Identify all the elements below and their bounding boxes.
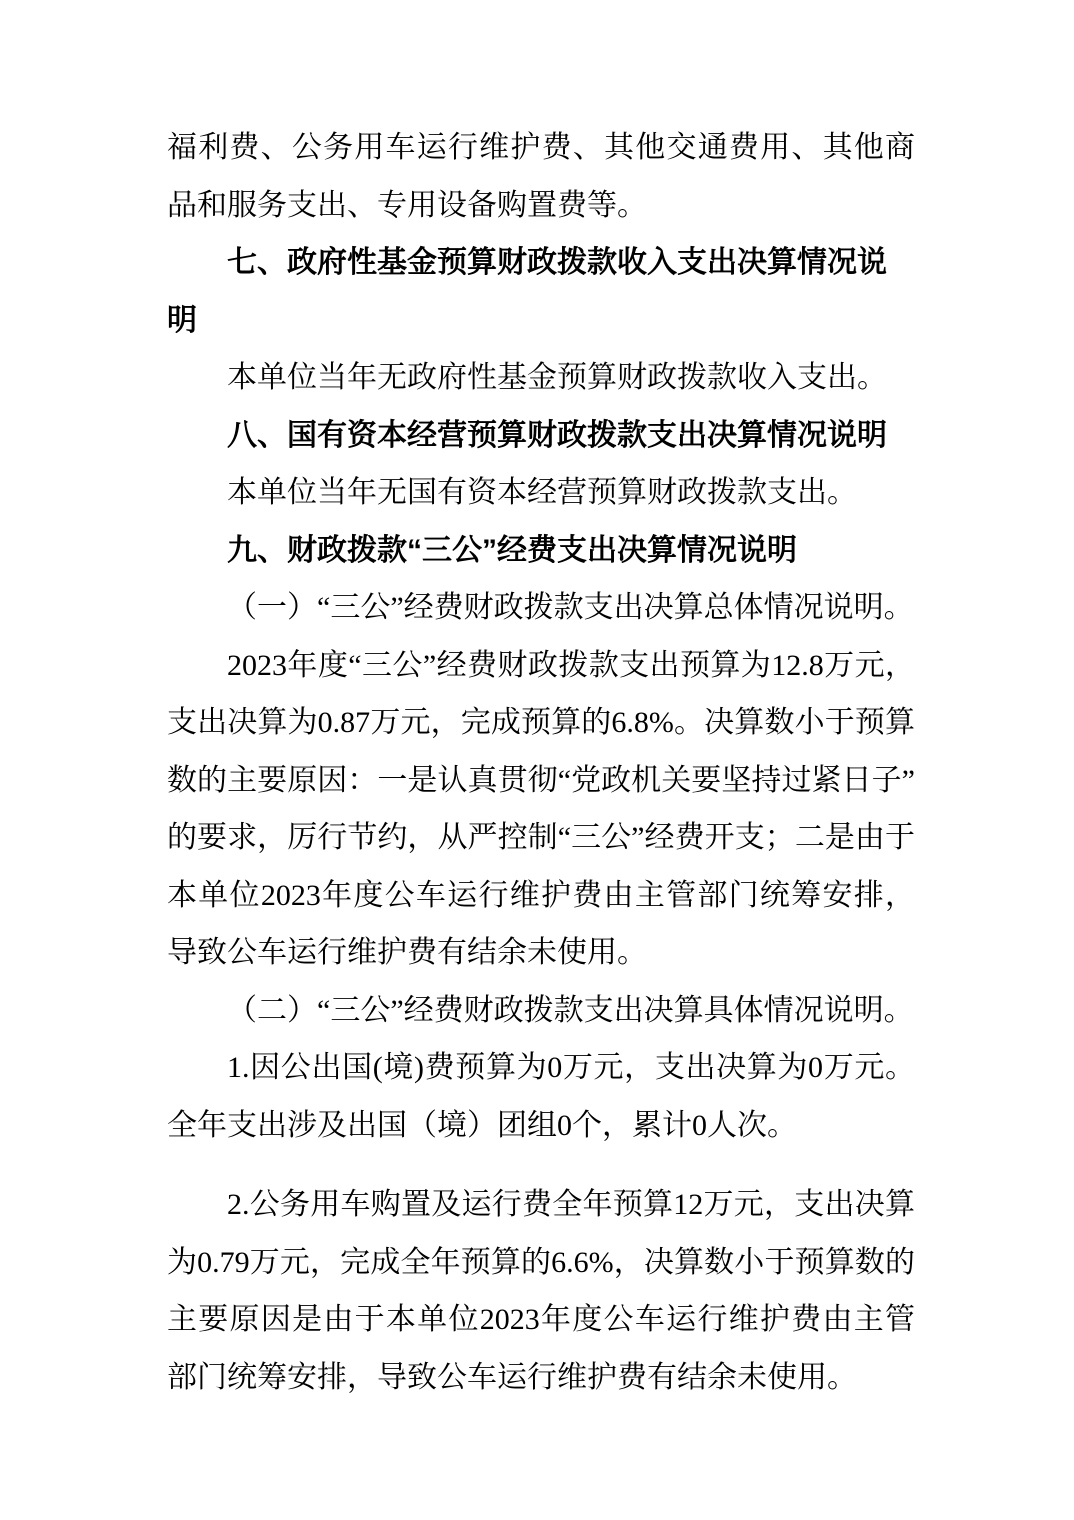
section-heading-8-state-capital-budget: 八、国有资本经营预算财政拨款支出决算情况说明 xyxy=(167,407,915,465)
section-heading-7-government-fund-budget: 七、政府性基金预算财政拨款收入支出决算情况说明 xyxy=(167,234,915,349)
section-7-body: 本单位当年无政府性基金预算财政拨款收入支出。 xyxy=(167,349,915,407)
paragraph-expense-items-continuation: 福利费、公务用车运行维护费、其他交通费用、其他商品和服务支出、专用设备购置费等。 xyxy=(167,119,915,234)
section-8-body: 本单位当年无国有资本经营预算财政拨款支出。 xyxy=(167,464,915,522)
subsection-1-overall-situation-title: （一）“三公”经费财政拨款支出决算总体情况说明。 xyxy=(167,579,915,637)
subsection-1-overall-situation-body: 2023年度“三公”经费财政拨款支出预算为12.8万元，支出决算为0.87万元，… xyxy=(167,637,915,982)
subsection-2-specific-situation-title: （二）“三公”经费财政拨款支出决算具体情况说明。 xyxy=(167,982,915,1040)
item-2-official-vehicle-expense: 2.公务用车购置及运行费全年预算12万元，支出决算为0.79万元，完成全年预算的… xyxy=(167,1176,915,1406)
document-page: 福利费、公务用车运行维护费、其他交通费用、其他商品和服务支出、专用设备购置费等。… xyxy=(0,0,1074,1520)
item-1-overseas-travel-expense: 1.因公出国(境)费预算为0万元，支出决算为0万元。全年支出涉及出国（境）团组0… xyxy=(167,1039,915,1154)
section-heading-9-three-public-funds: 九、财政拨款“三公”经费支出决算情况说明 xyxy=(167,522,915,580)
